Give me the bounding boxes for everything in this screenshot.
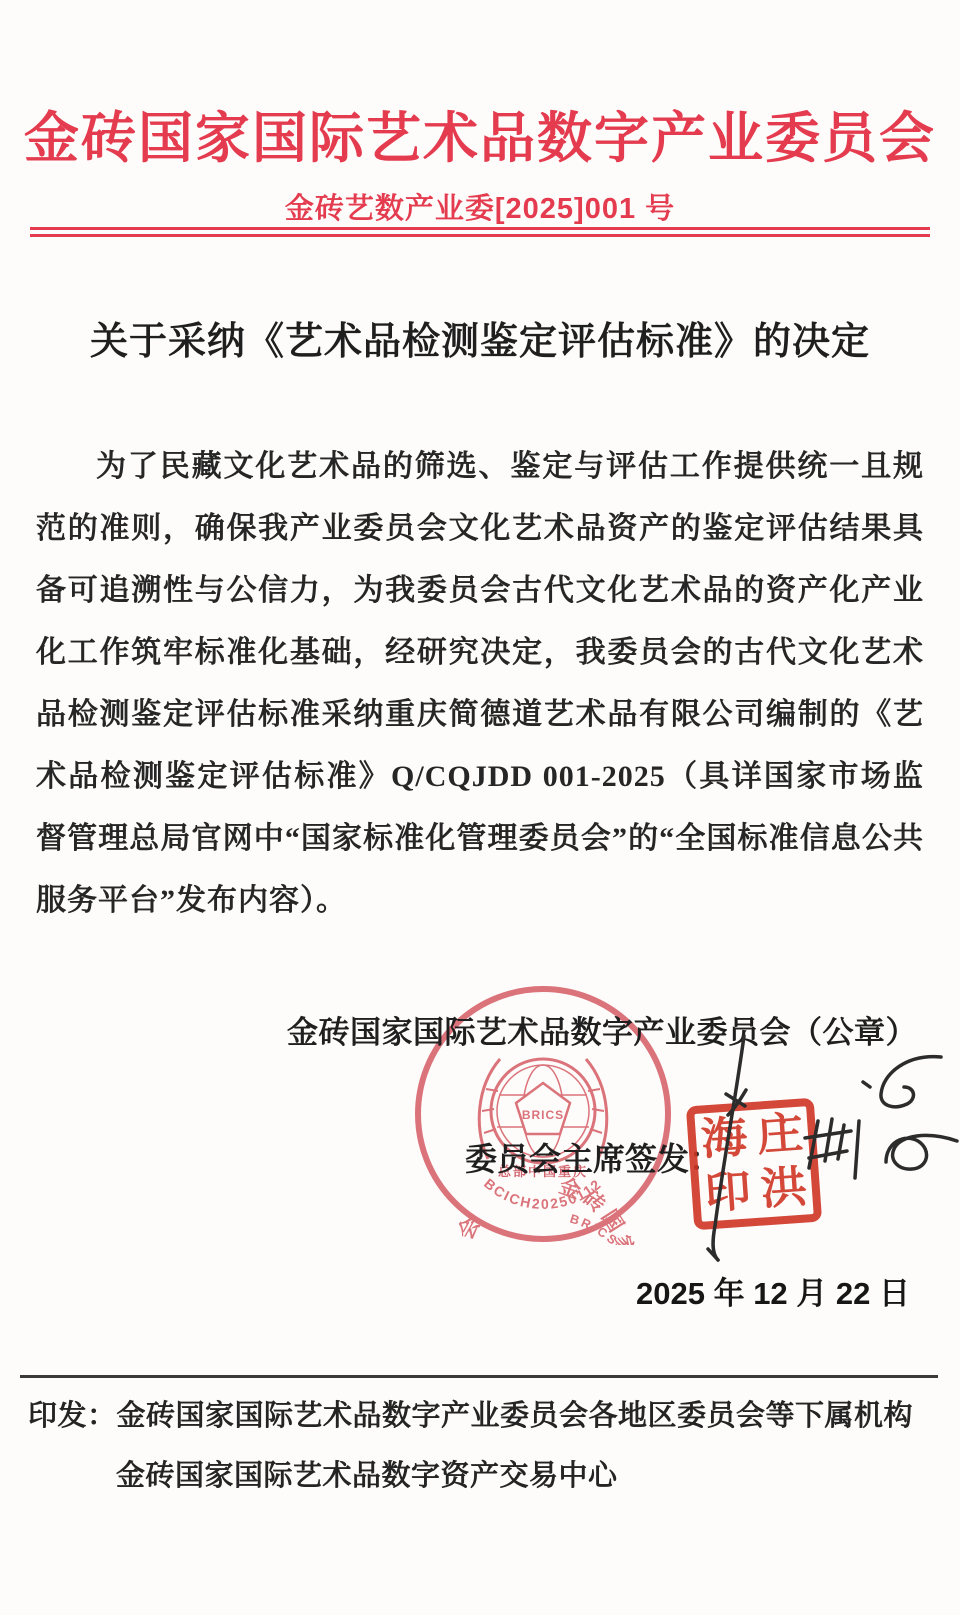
document-number: 金砖艺数产业委[2025]001 号 xyxy=(0,186,960,227)
body-paragraph: 为了民藏文化艺术品的筛选、鉴定与评估工作提供统一且规范的准则，确保我产业委员会文… xyxy=(36,436,924,932)
name-seal-char: 洪 xyxy=(759,1165,808,1212)
issue-date: 2025 年 12 月 22 日 xyxy=(636,1268,910,1313)
signature-org-line: 金砖国家国际艺术品数字产业委员会（公章） xyxy=(287,1007,917,1052)
chairman-name-seal-icon: 海 庄 印 洪 xyxy=(686,1098,822,1231)
name-seal-char: 印 xyxy=(703,1169,752,1216)
distribution-line-2: 金砖国家国际艺术品数字资产交易中心 xyxy=(116,1453,618,1494)
letterhead-org-title: 金砖国家国际艺术品数字产业委员会 xyxy=(0,94,960,173)
document-page: 金砖国家国际艺术品数字产业委员会 金砖艺数产业委[2025]001 号 关于采纳… xyxy=(0,0,960,1615)
seal-center-label: BRICS xyxy=(522,1108,564,1122)
document-title: 关于采纳《艺术品检测鉴定评估标准》的决定 xyxy=(0,310,960,365)
distribution-line-1: 印发：金砖国家国际艺术品数字产业委员会各地区委员会等下属机构 xyxy=(28,1393,913,1434)
signer-label: 委员会主席签发： xyxy=(465,1134,721,1180)
name-seal-char: 庄 xyxy=(755,1112,804,1159)
name-seal-char: 海 xyxy=(700,1115,749,1162)
footer-divider-line xyxy=(20,1375,938,1378)
red-divider-line xyxy=(30,227,930,237)
